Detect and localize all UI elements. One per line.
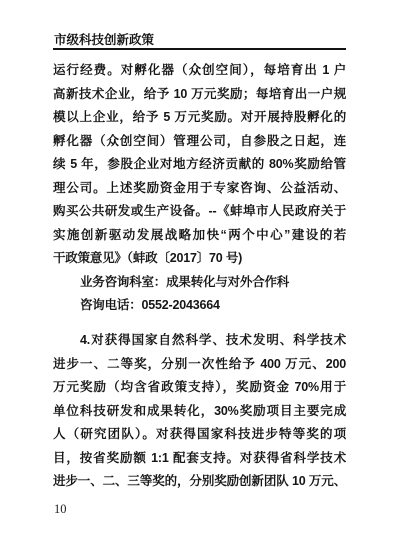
text-line: 目，按省奖励额 1:1 配套支持。对获得省科学技术 xyxy=(53,447,346,471)
text-line: 万元奖励（均含省政策支持），奖励资金 70%用于 xyxy=(53,376,346,400)
text-line: 续 5 年，参股企业对地方经济贡献的 80%奖励给管 xyxy=(53,153,346,177)
text-line: 高新技术企业，给予 10 万元奖励；每培育出一户规 xyxy=(53,83,346,107)
text-line: 人（研究团队）。对获得国家科技进步特等奖的项 xyxy=(53,423,346,447)
header-rule xyxy=(53,48,346,50)
body-text: 运行经费。对孵化器（众创空间），每培育出 1 户 高新技术企业，给予 10 万元… xyxy=(53,59,346,494)
text-line: 购买公共研发或生产设备。--《蚌埠市人民政府关于 xyxy=(53,200,346,224)
text-line: 进步一、二、三等奖的，分别奖励创新团队 10 万元、 xyxy=(53,470,346,494)
text-line: 运行经费。对孵化器（众创空间），每培育出 1 户 xyxy=(53,59,346,83)
page-number: 10 xyxy=(54,501,67,517)
text-line: 孵化器（众创空间）管理公司，自参股之日起，连 xyxy=(53,130,346,154)
paragraph-award-item-4: 4.对获得国家自然科学、技术发明、科学技术 进步一、二等奖，分别一次性给予 40… xyxy=(53,329,346,494)
text-line: 进步一、二等奖，分别一次性给予 400 万元、200 xyxy=(53,353,346,377)
contact-phone-line: 咨询电话：0552-2043664 xyxy=(53,294,346,318)
text-line: 干政策意见》（蚌政〔2017〕70 号) xyxy=(53,247,346,271)
contact-department-line: 业务咨询科室：成果转化与对外合作科 xyxy=(53,271,346,295)
running-header-title: 市级科技创新政策 xyxy=(54,33,154,47)
text-line: 实施创新驱动发展战略加快“两个中心”建设的若 xyxy=(53,224,346,248)
text-line: 4.对获得国家自然科学、技术发明、科学技术 xyxy=(53,329,346,353)
document-page: 市级科技创新政策 运行经费。对孵化器（众创空间），每培育出 1 户 高新技术企业… xyxy=(0,0,396,559)
contact-info: 业务咨询科室：成果转化与对外合作科 咨询电话：0552-2043664 xyxy=(53,271,346,318)
paragraph-incubator-policy: 运行经费。对孵化器（众创空间），每培育出 1 户 高新技术企业，给予 10 万元… xyxy=(53,59,346,271)
text-line: 单位科技研发和成果转化，30%奖励项目主要完成 xyxy=(53,400,346,424)
text-line: 理公司。上述奖励资金用于专家咨询、公益活动、 xyxy=(53,177,346,201)
text-line: 模以上企业，给予 5 万元奖励。对开展持股孵化的 xyxy=(53,106,346,130)
